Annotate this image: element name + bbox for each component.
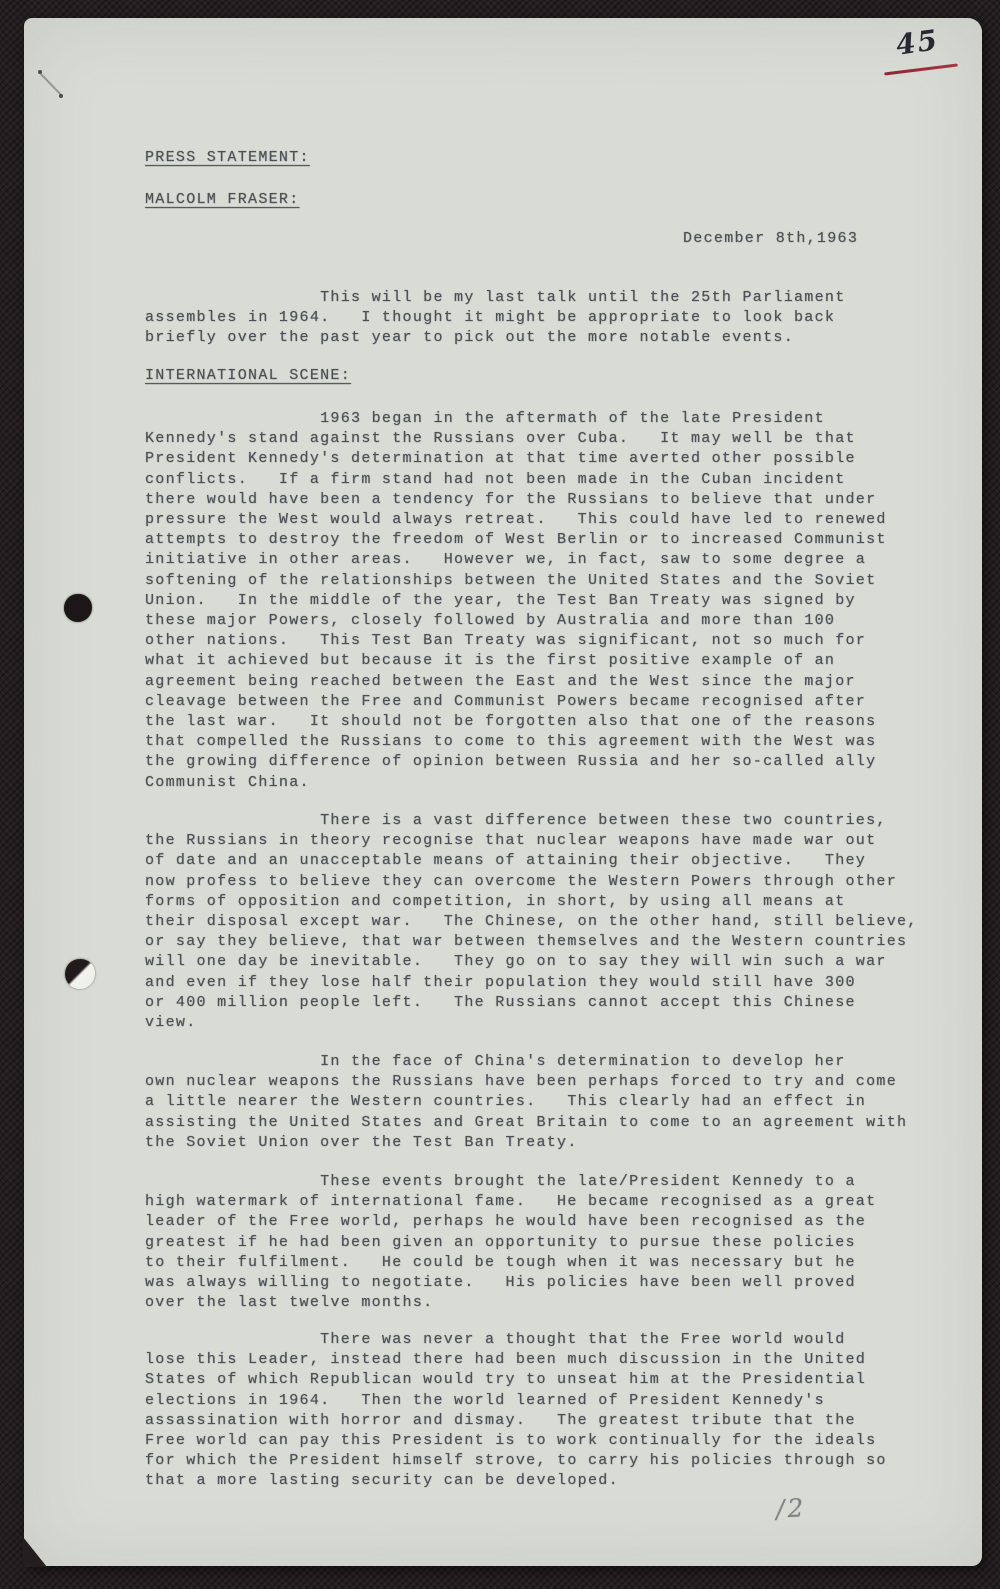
- text-line: assembles in 1964. I thought it might be…: [145, 308, 962, 328]
- text-line: lose this Leader, instead there had been…: [145, 1350, 962, 1370]
- corner-fold: [23, 1537, 47, 1567]
- date-line: December 8th,1963: [145, 229, 962, 249]
- text-line: Communist China.: [145, 773, 962, 793]
- paragraph-free-world-leader: There was never a thought that the Free …: [145, 1330, 962, 1492]
- text-line: now profess to believe they can overcome…: [145, 872, 962, 892]
- text-line: or 400 million people left. The Russians…: [145, 993, 962, 1013]
- text-line: the growing difference of opinion betwee…: [145, 752, 962, 772]
- text-line: Union. In the middle of the year, the Te…: [145, 591, 962, 611]
- text-line: their disposal except war. The Chinese, …: [145, 912, 962, 932]
- text-line: for which the President himself strove, …: [145, 1451, 962, 1471]
- text-line: forms of opposition and competition, in …: [145, 892, 962, 912]
- document-page: 45 PRESS STATEMENT: MALCOLM FRASER: Dece…: [24, 18, 982, 1566]
- text-line: or say they believe, that war between th…: [145, 932, 962, 952]
- text-line: These events brought the late/President …: [145, 1172, 962, 1192]
- text-line: initiative in other areas. However we, i…: [145, 550, 962, 570]
- photo-background: 45 PRESS STATEMENT: MALCOLM FRASER: Dece…: [0, 0, 1000, 1589]
- text-line: what it achieved but because it is the f…: [145, 651, 962, 671]
- punch-hole-bottom: [65, 959, 95, 989]
- text-line: will one day be inevitable. They go on t…: [145, 952, 962, 972]
- text-line: pressure the West would always retreat. …: [145, 510, 962, 530]
- text-line: was always willing to negotiate. His pol…: [145, 1273, 962, 1293]
- paragraph-kennedy-fame: These events brought the late/President …: [145, 1172, 962, 1313]
- text-line: This will be my last talk until the 25th…: [145, 288, 962, 308]
- text-line: briefly over the past year to pick out t…: [145, 328, 962, 348]
- intro-paragraph: This will be my last talk until the 25th…: [145, 288, 962, 349]
- text-line: of date and an unacceptable means of att…: [145, 851, 962, 871]
- text-line: greatest if he had been given an opportu…: [145, 1233, 962, 1253]
- text-line: Free world can pay this President is to …: [145, 1431, 962, 1451]
- text-line: other nations. This Test Ban Treaty was …: [145, 631, 962, 651]
- text-line: States of which Republican would try to …: [145, 1370, 962, 1390]
- text-line: over the last twelve months.: [145, 1293, 962, 1313]
- text-line: There is a vast difference between these…: [145, 811, 962, 831]
- text-line: and even if they lose half their populat…: [145, 973, 962, 993]
- text-line: view.: [145, 1013, 962, 1033]
- text-line: there would have been a tendency for the…: [145, 490, 962, 510]
- staple-bar: [39, 72, 62, 95]
- text-line: these major Powers, closely followed by …: [145, 611, 962, 631]
- text-line: softening of the relationships between t…: [145, 571, 962, 591]
- text-line: the last war. It should not be forgotten…: [145, 712, 962, 732]
- text-line: leader of the Free world, perhaps he wou…: [145, 1212, 962, 1232]
- document-title: PRESS STATEMENT:: [145, 148, 962, 168]
- text-line: Kennedy's stand against the Russians ove…: [145, 429, 962, 449]
- text-line: 1963 began in the aftermath of the late …: [145, 409, 962, 429]
- paragraph-china-determination: In the face of China's determination to …: [145, 1052, 962, 1153]
- handwritten-page-note: /2: [775, 1493, 807, 1524]
- text-line: There was never a thought that the Free …: [145, 1330, 962, 1350]
- text-line: the Russians in theory recognise that nu…: [145, 831, 962, 851]
- text-line: elections in 1964. Then the world learne…: [145, 1391, 962, 1411]
- text-line: a little nearer the Western countries. T…: [145, 1092, 962, 1112]
- text-line: In the face of China's determination to …: [145, 1052, 962, 1072]
- text-line: cleavage between the Free and Communist …: [145, 692, 962, 712]
- text-line: agreement being reached between the East…: [145, 672, 962, 692]
- text-line: high watermark of international fame. He…: [145, 1192, 962, 1212]
- staple-dot: [59, 94, 63, 98]
- text-line: assisting the United States and Great Br…: [145, 1113, 962, 1133]
- text-line: conflicts. If a firm stand had not been …: [145, 470, 962, 490]
- text-line: attempts to destroy the freedom of West …: [145, 530, 962, 550]
- staple-mark: [37, 68, 77, 108]
- section-heading: INTERNATIONAL SCENE:: [145, 366, 962, 386]
- punch-hole-top: [64, 594, 92, 622]
- text-line: own nuclear weapons the Russians have be…: [145, 1072, 962, 1092]
- red-underline-mark: [884, 64, 958, 76]
- text-line: the Soviet Union over the Test Ban Treat…: [145, 1133, 962, 1153]
- paragraph-1963-aftermath: 1963 began in the aftermath of the late …: [145, 409, 962, 793]
- paragraph-vast-difference: There is a vast difference between these…: [145, 811, 962, 1033]
- text-line: that a more lasting security can be deve…: [145, 1471, 962, 1491]
- document-speaker: MALCOLM FRASER:: [145, 190, 962, 210]
- text-line: to their fulfilment. He could be tough w…: [145, 1253, 962, 1273]
- text-line: President Kennedy's determination at tha…: [145, 449, 962, 469]
- text-line: assassination with horror and dismay. Th…: [145, 1411, 962, 1431]
- text-line: that compelled the Russians to come to t…: [145, 732, 962, 752]
- handwritten-corner-number: 45: [894, 23, 941, 62]
